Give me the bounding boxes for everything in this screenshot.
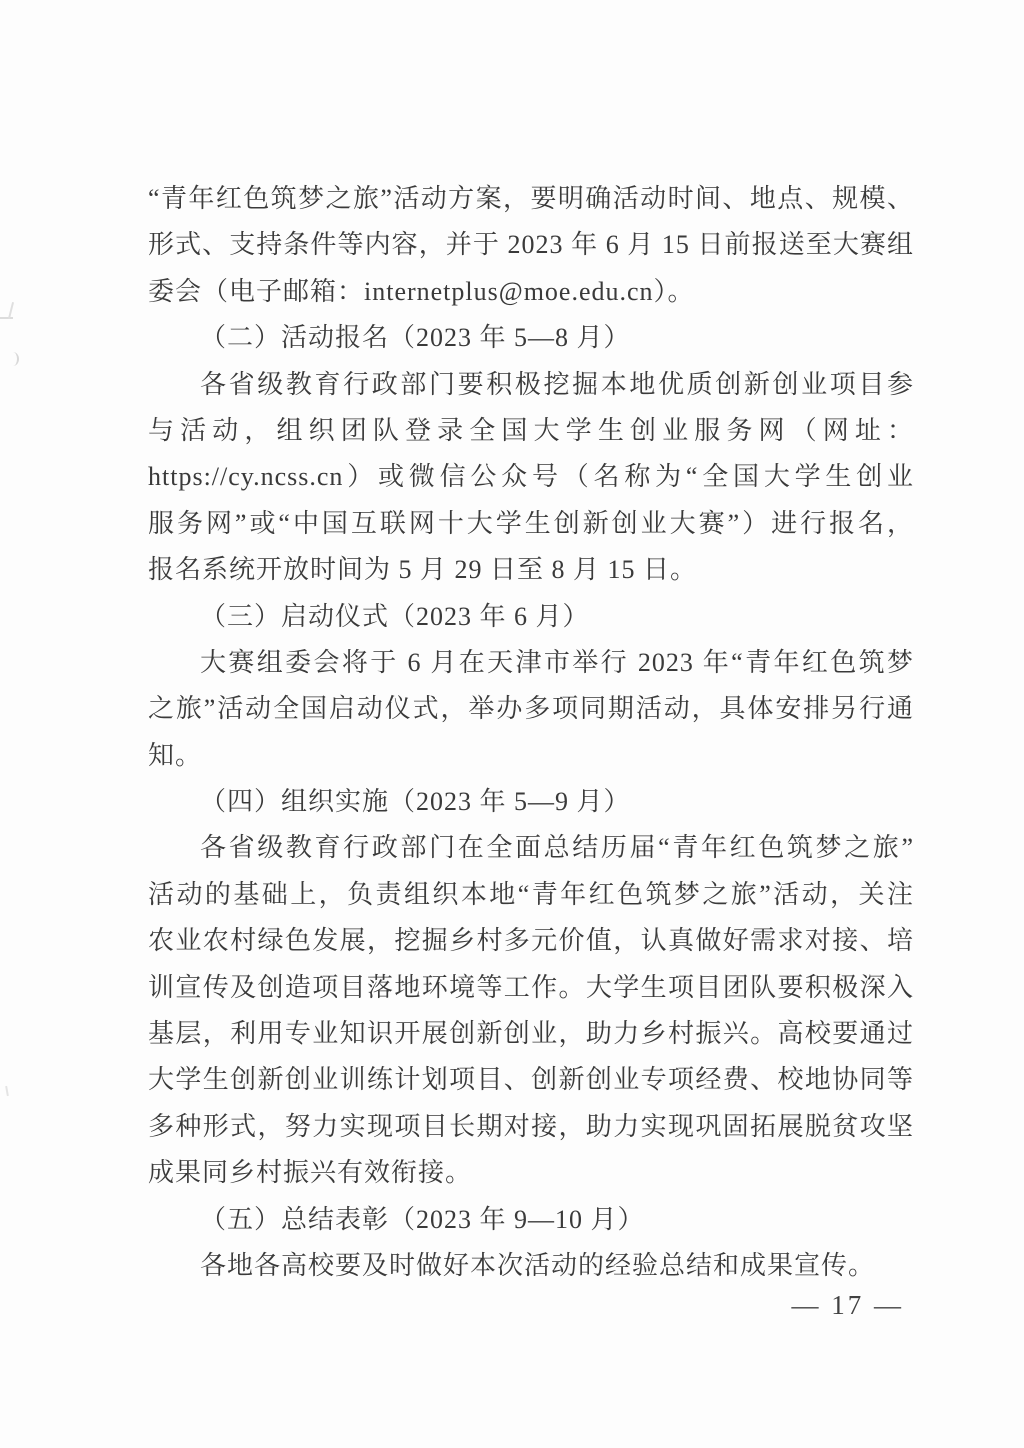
text-line: 形式、支持条件等内容，并于 2023 年 6 月 15 日前报送至大赛组: [148, 222, 914, 268]
scanned-document-page: { "ink_color": "#3a3a3a", "paper_color":…: [0, 0, 1024, 1448]
text-line: https://cy.ncss.cn）或微信公众号（名称为“全国大学生创业: [148, 454, 914, 500]
text-line: 服务网”或“中国互联网十大学生创新创业大赛”）进行报名，: [148, 501, 914, 547]
scan-artifact: [9, 352, 19, 366]
text-line: 成果同乡村振兴有效衔接。: [148, 1150, 914, 1196]
text-line: 报名系统开放时间为 5 月 29 日至 8 月 15 日。: [148, 547, 914, 593]
text-line: 训宣传及创造项目落地环境等工作。大学生项目团队要积极深入: [148, 965, 914, 1011]
text-line: 多种形式，努力实现项目长期对接，助力实现巩固拓展脱贫攻坚: [148, 1104, 914, 1150]
document-body-text: “青年红色筑梦之旅”活动方案，要明确活动时间、地点、规模、 形式、支持条件等内容…: [148, 176, 914, 1289]
text-line: “青年红色筑梦之旅”活动方案，要明确活动时间、地点、规模、: [148, 176, 914, 222]
text-line: 与活动，组织团队登录全国大学生创业服务网（网址：: [148, 408, 914, 454]
text-line: 各省级教育行政部门在全面总结历届“青年红色筑梦之旅”: [148, 825, 914, 871]
section-heading-4: （四）组织实施（2023 年 5—9 月）: [148, 779, 914, 825]
section-heading-2: （二）活动报名（2023 年 5—8 月）: [148, 315, 914, 361]
text-line: 农业农村绿色发展，挖掘乡村多元价值，认真做好需求对接、培: [148, 918, 914, 964]
scan-artifact: [0, 317, 13, 319]
text-line: 之旅”活动全国启动仪式，举办多项同期活动，具体安排另行通: [148, 686, 914, 732]
section-heading-3: （三）启动仪式（2023 年 6 月）: [148, 594, 914, 640]
scan-artifact: [8, 302, 14, 319]
section-heading-5: （五）总结表彰（2023 年 9—10 月）: [148, 1197, 914, 1243]
page-number: — 17 —: [792, 1290, 905, 1321]
text-line: 各省级教育行政部门要积极挖掘本地优质创新创业项目参: [148, 362, 914, 408]
text-line: 大学生创新创业训练计划项目、创新创业专项经费、校地协同等: [148, 1057, 914, 1103]
text-line: 大赛组委会将于 6 月在天津市举行 2023 年“青年红色筑梦: [148, 640, 914, 686]
text-line: 活动的基础上，负责组织本地“青年红色筑梦之旅”活动，关注: [148, 872, 914, 918]
text-line: 各地各高校要及时做好本次活动的经验总结和成果宣传。: [148, 1243, 914, 1289]
text-line: 基层，利用专业知识开展创新创业，助力乡村振兴。高校要通过: [148, 1011, 914, 1057]
scan-artifact: [5, 1086, 9, 1096]
text-line: 知。: [148, 733, 914, 779]
text-line: 委会（电子邮箱：internetplus@moe.edu.cn）。: [148, 269, 914, 315]
